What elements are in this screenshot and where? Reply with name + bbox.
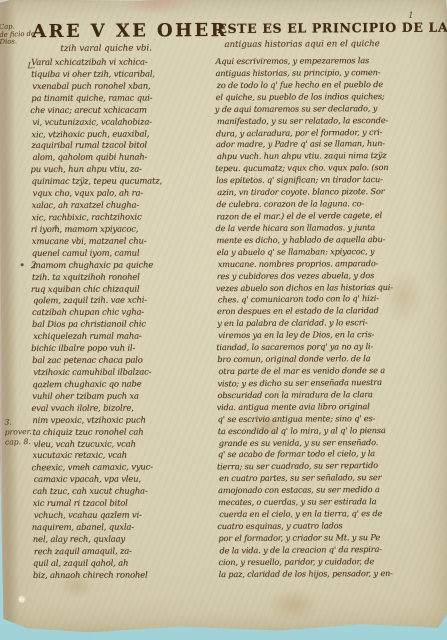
manuscript-line: qazlem chughaxic qo nabe — [32, 378, 214, 391]
manuscript-line: vqux cho, vqux palo, ah ra- — [33, 187, 214, 200]
kiche-column: Varal xchicatzibah vi xchica-tiquiba vi … — [31, 56, 215, 581]
manuscript-line: rech zaquil amaquil, za- — [34, 545, 215, 558]
margin-note-chapter: Cap.de ficio deDios. — [0, 23, 35, 47]
paper-stain — [122, 0, 188, 15]
manuscript-line: mamom chughaxic pa quiche — [33, 259, 214, 272]
manuscript-page: Cap.de ficio deDios. L. 2 3.prover.cap. … — [0, 0, 447, 635]
manuscript-line: pa tinamit quiche, ramac qui- — [31, 92, 213, 105]
kiche-title: ARE V XE OHER — [32, 20, 228, 42]
manuscript-line: nim vpeoxic, vtzihoxic puch — [32, 414, 214, 427]
manuscript-line: cheexic, vmeh camaxic, vyuc- — [32, 461, 215, 474]
kiche-subtitle: tzih varal quiche vbi. — [60, 43, 152, 54]
manuscript-line: che vinac; arecut xchicacam — [30, 104, 213, 117]
manuscript-line: pu vuch, hun ahpu vtiu, za- — [30, 164, 213, 177]
spanish-subtitle: antiguas historias aqui en el quiche — [224, 39, 379, 50]
manuscript-line: tzih. ta xquitzihoh ronohel — [32, 271, 214, 284]
manuscript-line: catzibah chupan chic vgha- — [32, 307, 214, 320]
manuscript-line: bal zac petenac chaca palo — [32, 354, 214, 367]
manuscript-line: quil al, zaquil qahol, ah — [33, 557, 215, 570]
margin-note-line: cap. 8. — [5, 437, 32, 448]
manuscript-line: alom, qaholom quibi hunah- — [32, 152, 213, 165]
manuscript-line: naquirem, abanel, quxla- — [32, 521, 215, 534]
manuscript-line: eval vvach ilolre, bizolre, — [31, 402, 214, 415]
manuscript-line: qolem, zaquil tzih. vae xchi- — [33, 294, 214, 307]
spanish-title: ESTE ES EL PRINCIPIO DE LAS — [217, 20, 447, 36]
manuscript-line: nel, alay rech, quxlaay — [33, 533, 215, 546]
manuscript-line: vchuch, vcahau qazlem vi- — [34, 509, 215, 522]
manuscript-line: ri iyom, mamom xpiyacoc, — [31, 223, 214, 236]
manuscript-line: vxenabal puch ronohel xban, — [32, 80, 213, 93]
manuscript-line: biz, ahnaoh chirech ronohel — [33, 569, 215, 582]
manuscript-line: camaxic vpacah, vpa vleu, — [34, 474, 215, 487]
manuscript-line: xic rumal ri tzacol bitol — [33, 497, 215, 510]
manuscript-line: cah tzuc, cah xucut chugha- — [33, 485, 215, 498]
manuscript-line: Varal xchicatzibah vi xchica- — [31, 56, 213, 69]
manuscript-line: xalac, ah raxatzel chugha- — [32, 199, 214, 212]
manuscript-line: la paz, claridad de los hijos, pensador,… — [219, 567, 437, 580]
manuscript-line: tiquiba vi oher tzih, vticaribal, — [31, 68, 213, 81]
manuscript-line: quenel camul iyom, camul — [32, 247, 214, 260]
paper-stain — [268, 587, 320, 621]
manuscript-line: visto; y es dicho su ser enseñada nuestr… — [217, 376, 435, 390]
manuscript-line: xmucane vbi, matzanel chu- — [32, 235, 214, 248]
manuscript-line: quinimac tzÿz, tepeu qucumatz, — [32, 176, 214, 189]
spanish-column: Aqui escriviremos, y empezaremos lasanti… — [215, 55, 436, 581]
manuscript-line: manifestado, y su ser relatado, la escon… — [217, 114, 434, 127]
manuscript-line: vleu, vcah tzucuxic, vcah — [33, 438, 214, 451]
margin-note-line: prover. — [5, 427, 32, 438]
ink-speck — [21, 263, 24, 266]
manuscript-line: razon de el mar.) el de el verde cagete,… — [216, 209, 434, 223]
margin-note-line: 3. — [4, 417, 31, 428]
manuscript-line: vi, vcutunizaxic, vcalahobiza- — [32, 116, 213, 129]
binding-gutter-shadow — [0, 0, 19, 635]
photo-background: Cap.de ficio deDios. L. 2 3.prover.cap. … — [0, 0, 447, 640]
worm-hole — [18, 595, 26, 603]
manuscript-line: ta chiquiz tzuc ronohel cah — [32, 426, 214, 439]
manuscript-line: xic, vtzihoxic puch, euaxibal, — [31, 128, 213, 141]
manuscript-line: vuhil oher tzibam puch xa — [32, 390, 214, 403]
margin-note-line: Dios. — [0, 38, 35, 47]
manuscript-line: bal Dios pa christianoil chic — [32, 319, 214, 332]
manuscript-line: de la vida. y de la creacion q' da respi… — [219, 543, 436, 557]
manuscript-line: zaquiribal rumal tzacol bitol — [31, 140, 213, 153]
manuscript-line: xchiquelezah rumal maha- — [33, 331, 214, 344]
margin-note-proverbs-citation: 3.prover.cap. 8. — [4, 417, 32, 448]
manuscript-line: vtzihoxic camuhibal ilbalzac- — [33, 366, 214, 379]
manuscript-line: bichic ilbalre popo vuh il- — [31, 342, 214, 355]
manuscript-line: dura, y aclaradura, por el formador, y c… — [216, 126, 434, 140]
manuscript-line: xic, rachbixic, rachtzihoxic — [32, 211, 214, 224]
